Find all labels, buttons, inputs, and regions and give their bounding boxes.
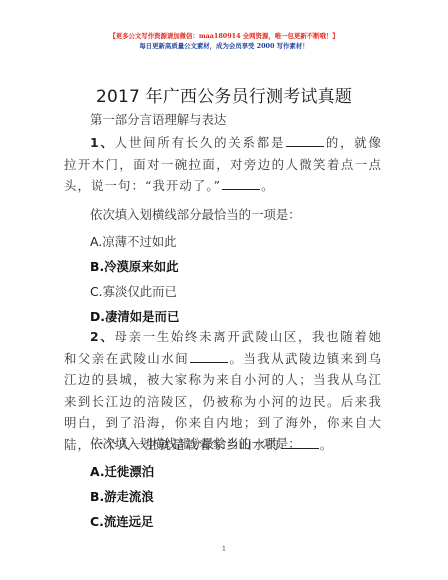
question-text: 人世间所有长久的关系都是 <box>115 135 286 150</box>
option-text: 凉薄不过如此 <box>102 234 176 249</box>
question-1-option-a: A.凉薄不过如此 <box>90 232 177 250</box>
question-2-option-c: C.流连远足 <box>90 512 153 530</box>
question-1-stem: 1、人世间所有长久的关系都是的，就像拉开木门，面对一碗拉面，对旁边的人微笑着点一… <box>64 132 382 197</box>
option-label: B. <box>90 489 104 504</box>
option-text: 迁徙漂泊 <box>105 464 155 479</box>
question-2-prompt: 依次填入划横线部分最恰当的一项是： <box>90 434 301 452</box>
option-label: C. <box>90 514 104 529</box>
question-2-option-b: B.游走流浪 <box>90 487 154 505</box>
option-text: 冷漠原来如此 <box>104 259 178 274</box>
option-label: D. <box>90 309 105 324</box>
answer-blank <box>190 352 228 363</box>
promo-banner-line-1: 【更多公文写作资源请加微信：maa180914 全网资源，唯一包更新不断哦！】 <box>0 31 448 40</box>
question-1-prompt: 依次填入划横线部分最恰当的一项是： <box>90 205 301 223</box>
option-label: C. <box>90 284 103 299</box>
option-label: A. <box>90 234 102 249</box>
document-title: 2017 年广西公务员行测考试真题 <box>0 82 448 107</box>
option-text: 寡淡仅此而已 <box>103 284 177 299</box>
answer-blank <box>286 136 324 147</box>
option-label: A. <box>90 464 105 479</box>
question-text: 。 <box>320 437 334 452</box>
option-label: B. <box>90 259 104 274</box>
question-2-option-a: A.迁徙漂泊 <box>90 462 154 480</box>
question-1-option-b: B.冷漠原来如此 <box>90 257 179 275</box>
option-text: 游走流浪 <box>104 489 154 504</box>
option-text: 凄清如是而已 <box>105 309 179 324</box>
question-number: 1、 <box>90 135 115 150</box>
page-number: 1 <box>0 545 448 553</box>
question-1-option-d: D.凄清如是而已 <box>90 307 179 325</box>
question-text: 。 <box>261 178 275 193</box>
answer-blank <box>222 179 260 190</box>
promo-banner-line-2: 每日更新高质量公文素材，成为会员享受 2000 写作素材！ <box>0 41 448 50</box>
question-number: 2、 <box>90 329 114 344</box>
question-1-option-c: C.寡淡仅此而已 <box>90 282 177 300</box>
document-page: 【更多公文写作资源请加微信：maa180914 全网资源，唯一包更新不断哦！】 … <box>0 0 448 580</box>
option-text: 流连远足 <box>104 514 154 529</box>
section-heading: 第一部分言语理解与表达 <box>90 110 226 128</box>
